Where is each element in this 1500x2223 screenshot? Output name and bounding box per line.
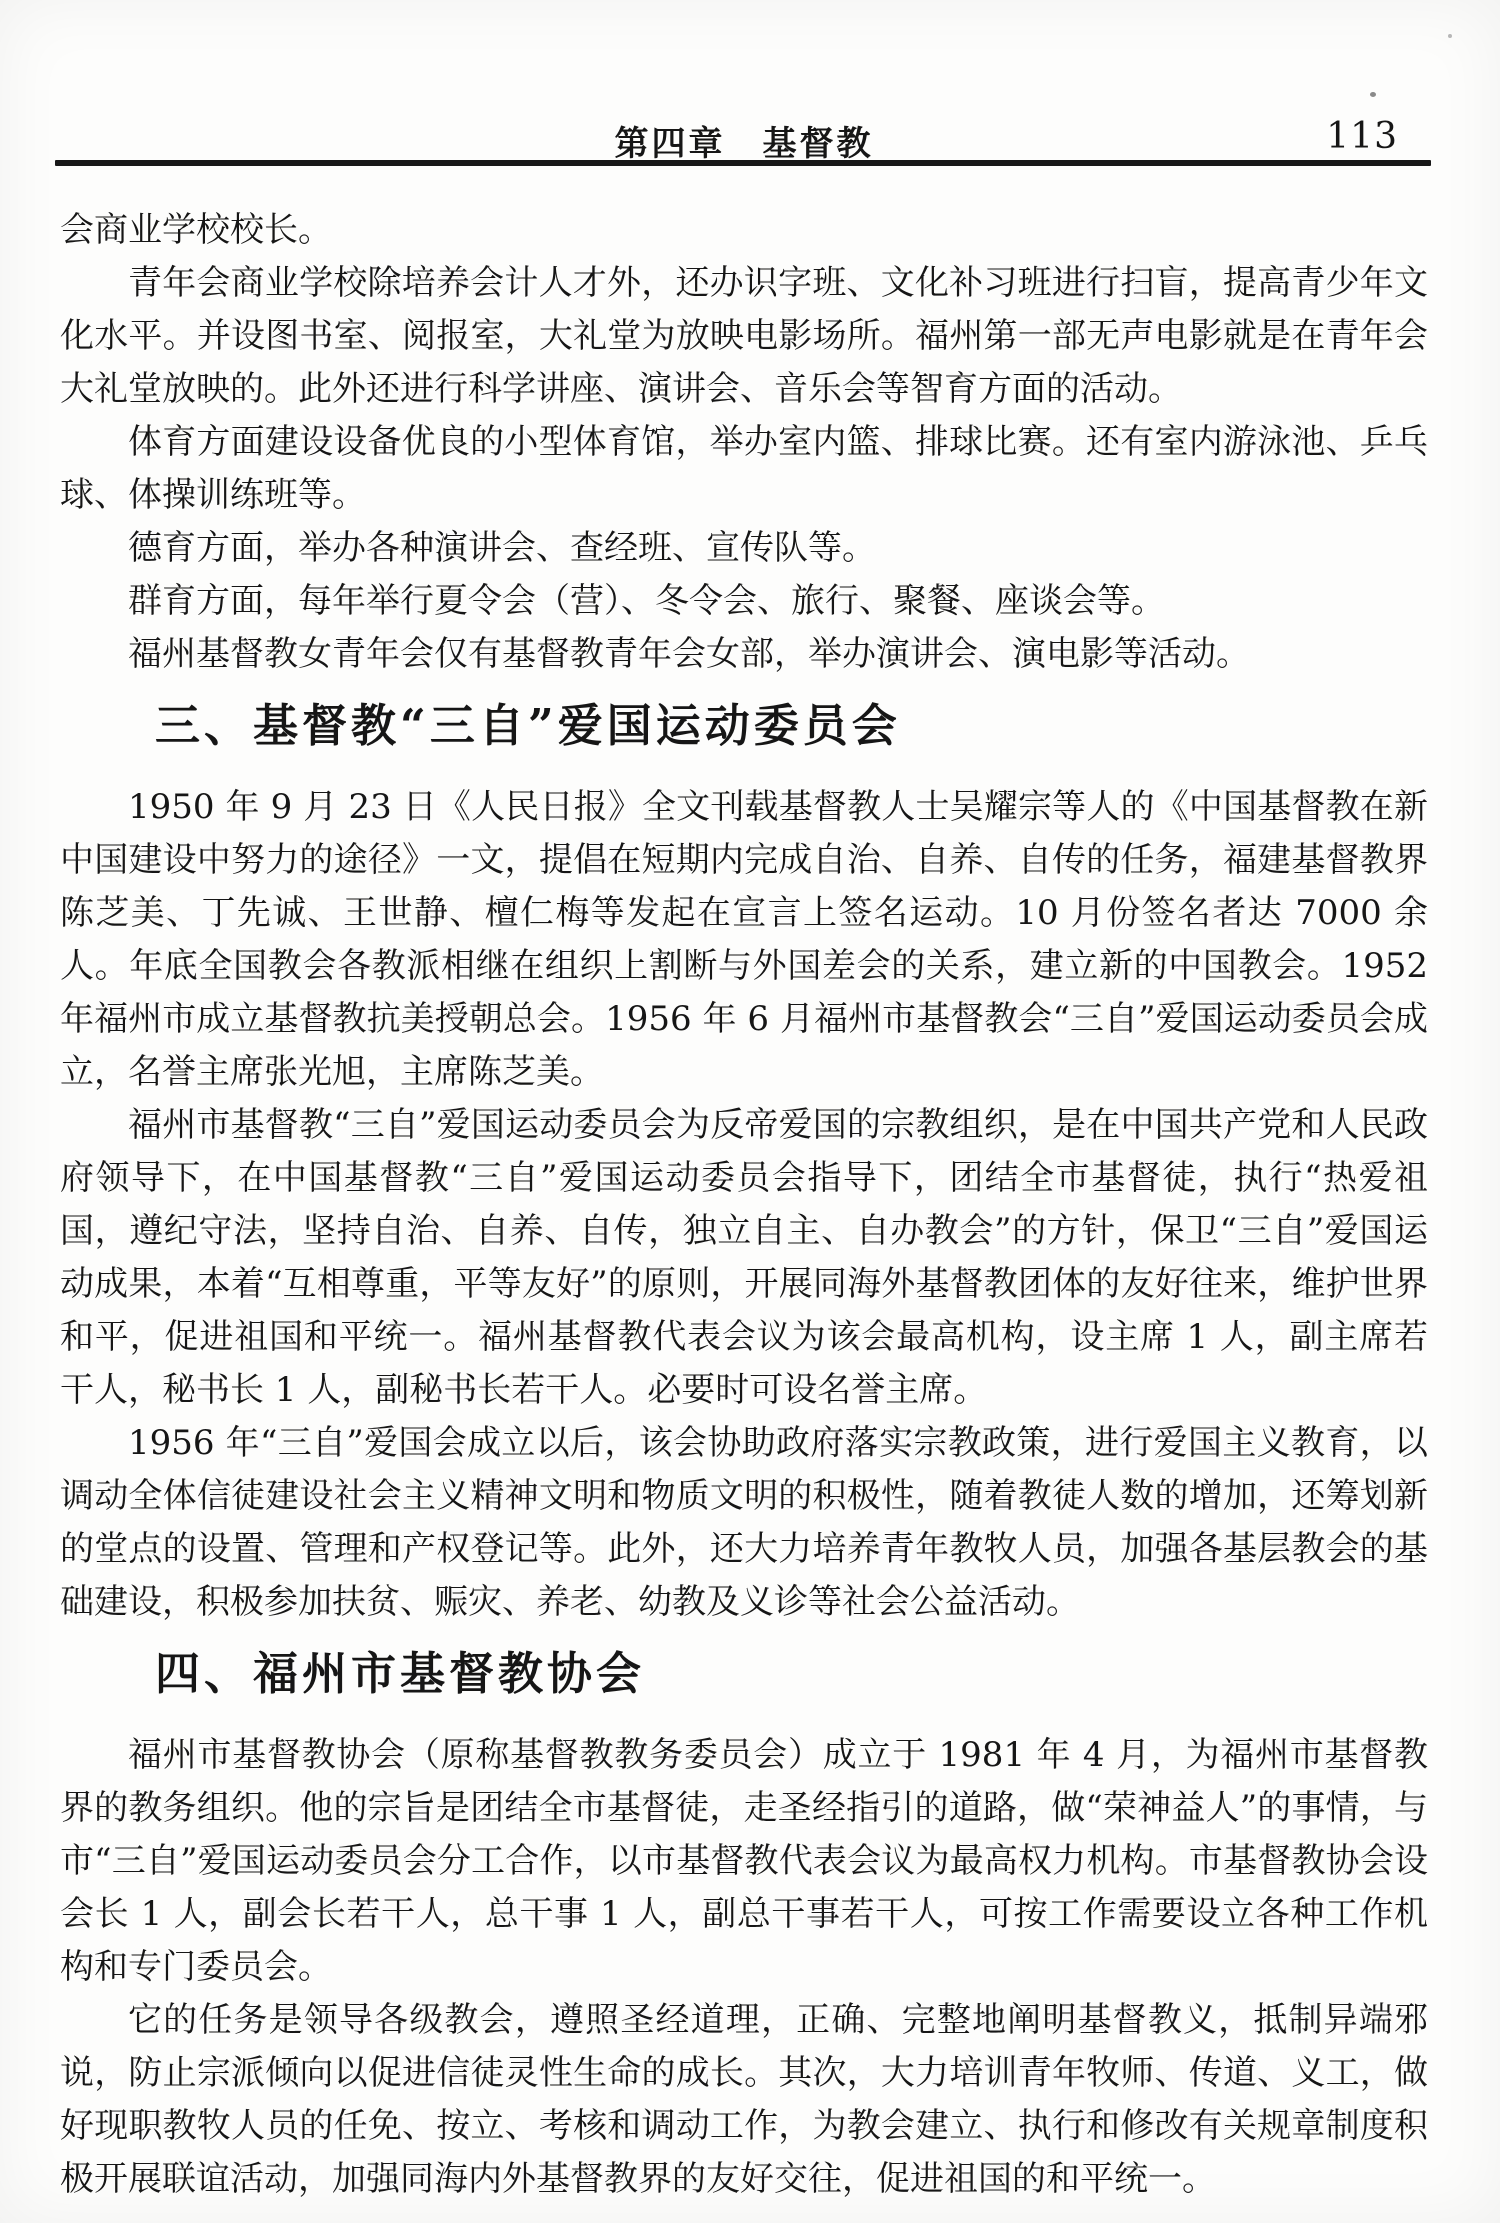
paragraph: 1956 年“三自”爱国会成立以后，该会协助政府落实宗教政策，进行爱国主义教育，… bbox=[60, 1417, 1428, 1629]
running-chapter-title: 第四章 基督教 bbox=[60, 116, 1428, 165]
section-heading-christian-council: 四、福州市基督教协会 bbox=[60, 1645, 1428, 1703]
page-body: 会商业学校校长。 青年会商业学校除培养会计人才外，还办识字班、文化补习班进行扫盲… bbox=[60, 204, 1428, 2206]
paragraph: 它的任务是领导各级教会，遵照圣经道理，正确、完整地阐明基督教义，抵制异端邪说，防… bbox=[60, 1994, 1428, 2206]
paragraph-continuation: 会商业学校校长。 bbox=[60, 204, 1428, 257]
paragraph: 福州市基督教“三自”爱国运动委员会为反帝爱国的宗教组织，是在中国共产党和人民政府… bbox=[60, 1099, 1428, 1417]
page-number: 113 bbox=[1326, 116, 1398, 157]
paragraph: 福州市基督教协会（原称基督教教务委员会）成立于 1981 年 4 月，为福州市基… bbox=[60, 1729, 1428, 1994]
scan-speck bbox=[1370, 92, 1376, 97]
scan-speck bbox=[1448, 34, 1452, 38]
book-page: 第四章 基督教 113 会商业学校校长。 青年会商业学校除培养会计人才外，还办识… bbox=[0, 0, 1500, 2223]
paragraph: 德育方面，举办各种演讲会、查经班、宣传队等。 bbox=[60, 522, 1428, 575]
paragraph: 体育方面建设设备优良的小型体育馆，举办室内篮、排球比赛。还有室内游泳池、乒乓球、… bbox=[60, 416, 1428, 522]
paragraph: 福州基督教女青年会仅有基督教青年会女部，举办演讲会、演电影等活动。 bbox=[60, 628, 1428, 681]
paragraph: 青年会商业学校除培养会计人才外，还办识字班、文化补习班进行扫盲，提高青少年文化水… bbox=[60, 257, 1428, 416]
header-rule bbox=[55, 160, 1431, 166]
paragraph: 群育方面，每年举行夏令会（营）、冬令会、旅行、聚餐、座谈会等。 bbox=[60, 575, 1428, 628]
section-heading-three-self-committee: 三、基督教“三自”爱国运动委员会 bbox=[60, 697, 1428, 755]
paragraph: 1950 年 9 月 23 日《人民日报》全文刊载基督教人士吴耀宗等人的《中国基… bbox=[60, 781, 1428, 1099]
page-header: 第四章 基督教 113 bbox=[60, 116, 1428, 160]
